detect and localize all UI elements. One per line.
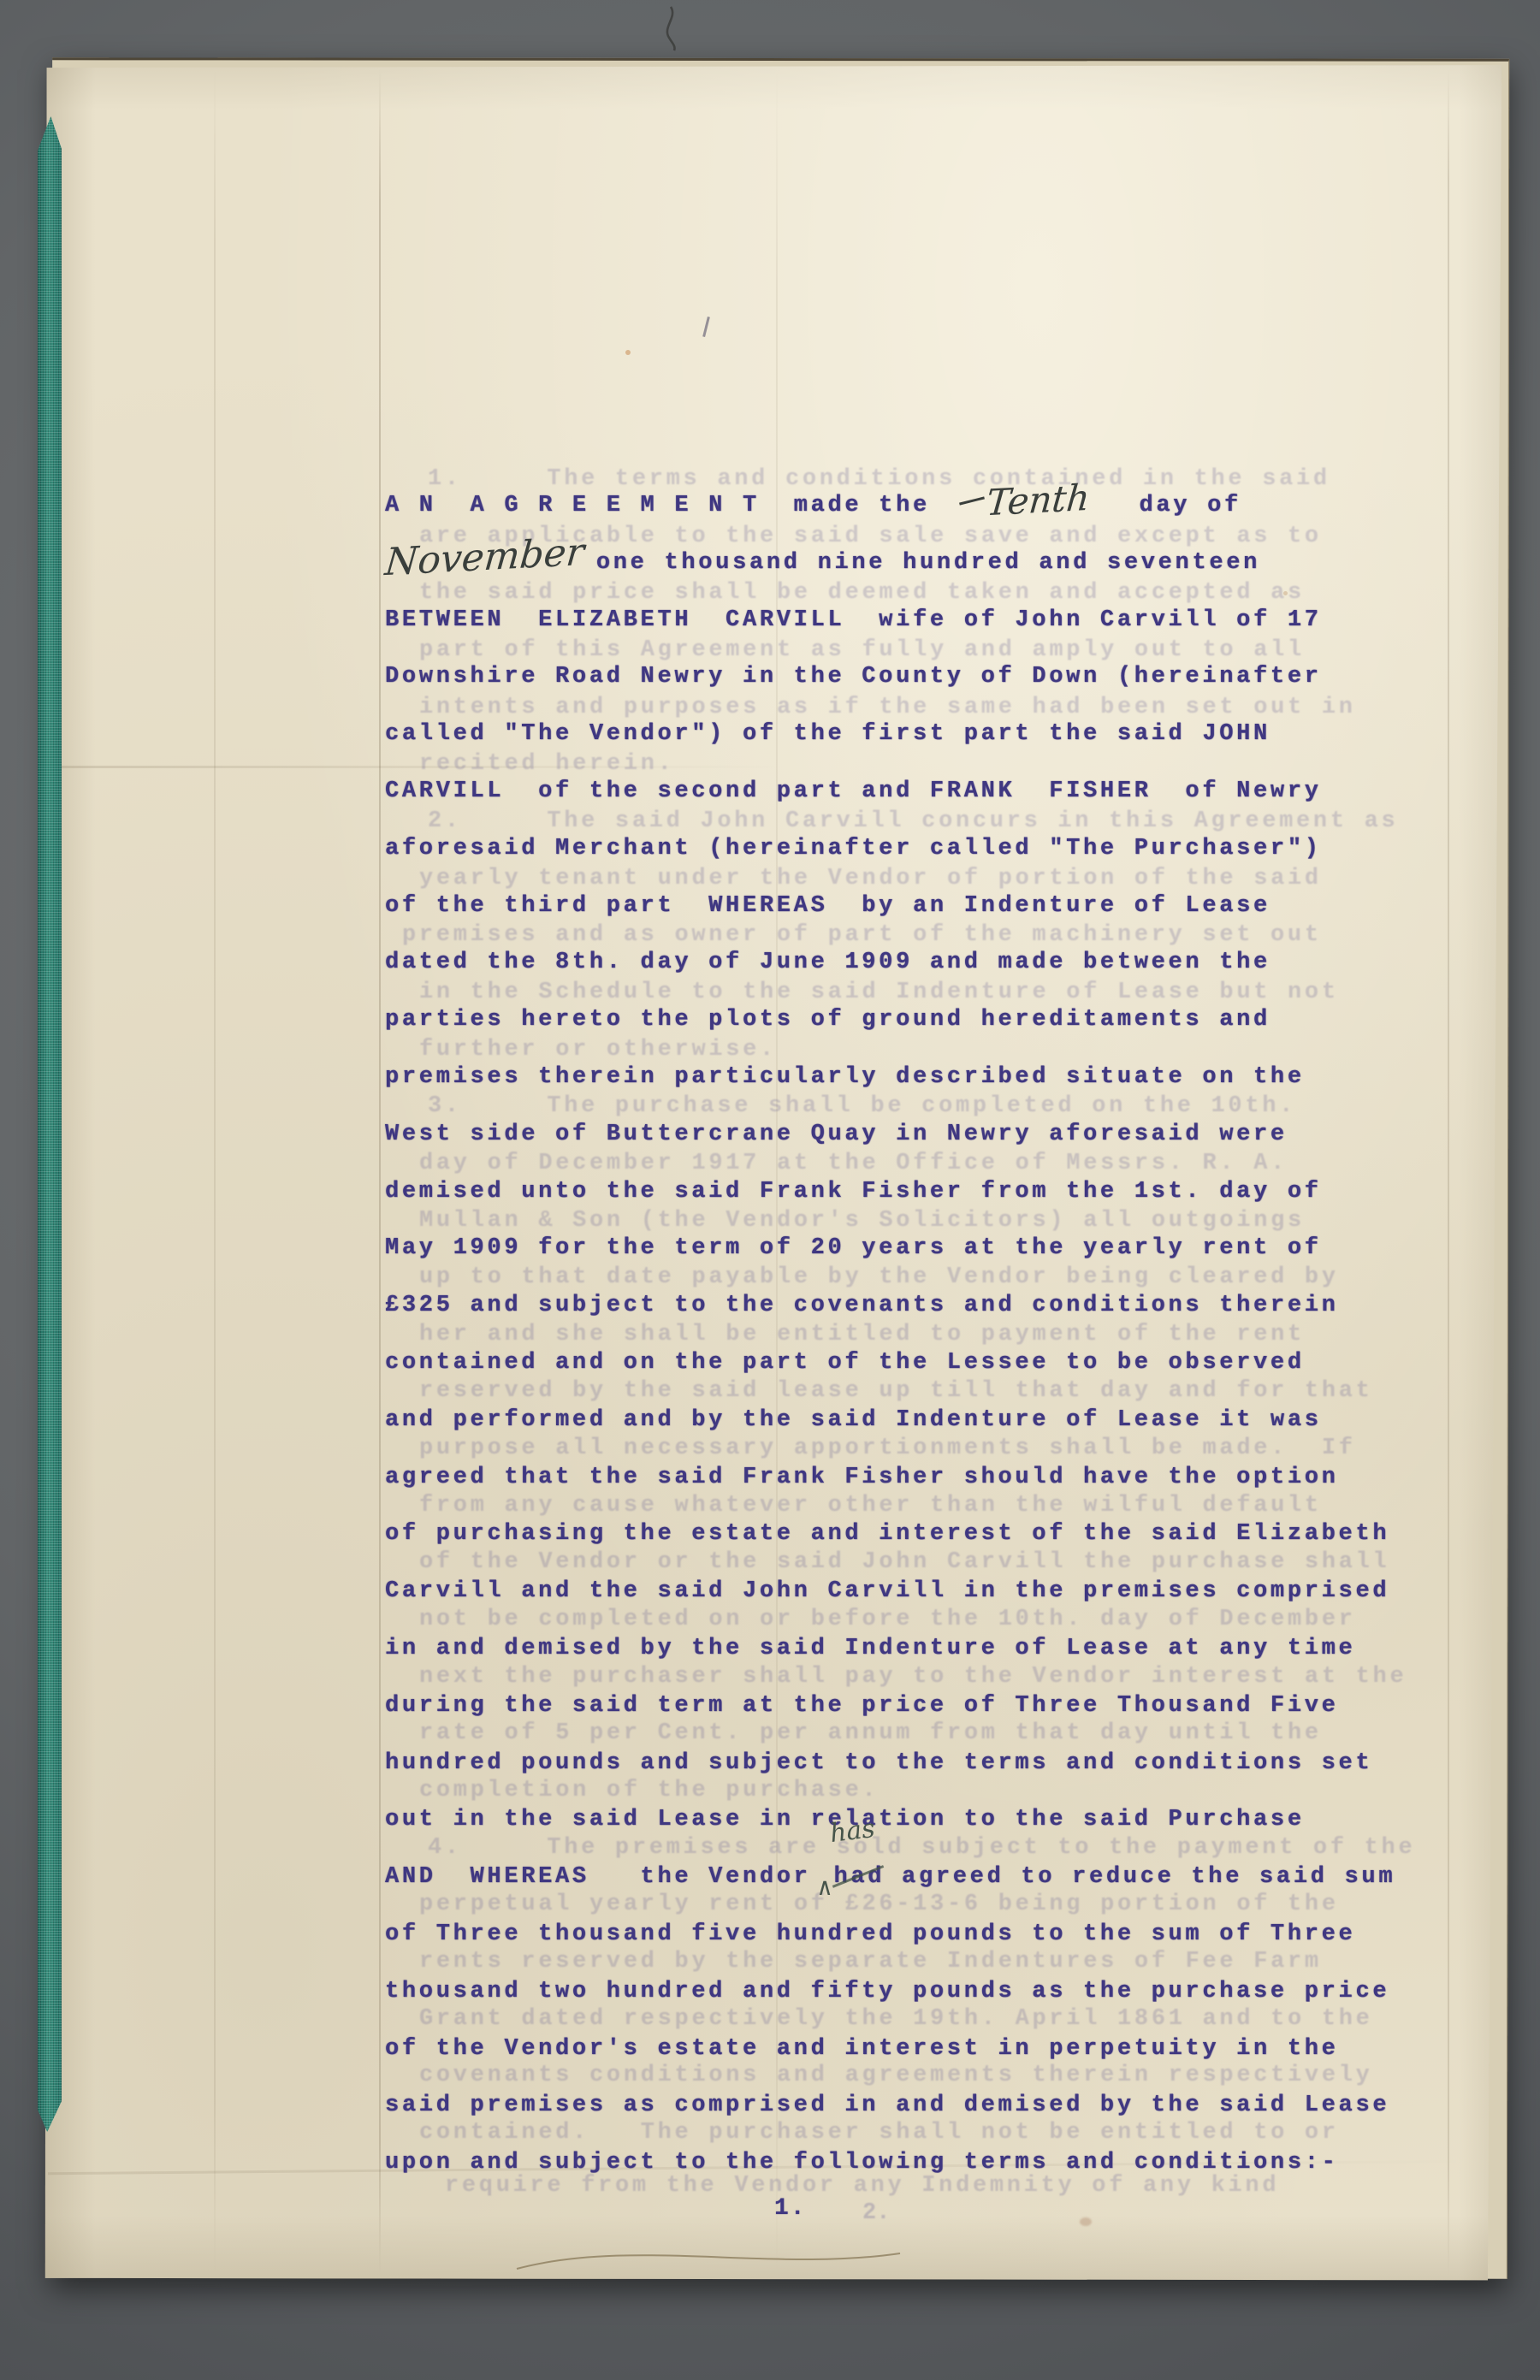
page-number: 1. xyxy=(774,2195,807,2222)
typed-line: agreed that the said Frank Fisher should… xyxy=(385,1449,1429,1507)
typed-line: of purchasing the estate and interest of… xyxy=(385,1506,1429,1563)
typed-line: contained and on the part of the Lessee … xyxy=(385,1335,1429,1392)
typed-line: hundred pounds and subject to the terms … xyxy=(385,1735,1429,1792)
typed-line: May 1909 for the term of 20 years at the… xyxy=(385,1220,1429,1277)
typed-line: aforesaid Merchant (hereinafter called "… xyxy=(385,820,1429,878)
handwritten-insertion: has xyxy=(829,1814,877,1849)
amendment-line: AND WHEREAS the Vendor∧hadhas agreed to … xyxy=(385,1849,1429,1906)
typed-line: of the third part WHEREAS by an Indentur… xyxy=(385,878,1429,935)
typed-line: during the said term at the price of Thr… xyxy=(385,1678,1429,1735)
typed-line: parties hereto the plots of ground hered… xyxy=(385,992,1429,1049)
binding-ribbon xyxy=(38,116,62,2132)
typed-text-block: A N A G R E E M E N T made theTenthday o… xyxy=(385,477,1429,2192)
typed-line: of the Vendor's estate and interest in p… xyxy=(385,2021,1429,2078)
typed-line: out in the said Lease in relation to the… xyxy=(385,1791,1429,1849)
handwritten-day: Tenth xyxy=(985,480,1091,522)
struck-word-text: had xyxy=(833,1864,885,1890)
amendment-pre-text: AND WHEREAS the Vendor xyxy=(385,1864,811,1890)
photo-background: { "document": { "title_line": { "pre": "… xyxy=(0,0,1540,2380)
handwritten-month: November xyxy=(383,534,585,582)
typed-line: dated the 8th. day of June 1909 and made… xyxy=(385,934,1429,992)
typed-line: CARVILL of the second part and FRANK FIS… xyxy=(385,763,1429,820)
pen-flourish xyxy=(959,496,985,505)
agreement-title-line: A N A G R E E M E N T made theTenthday o… xyxy=(385,477,1429,535)
bleedthrough-page-number: 2. xyxy=(862,2200,890,2226)
typed-line: Downshire Road Newry in the County of Do… xyxy=(385,648,1429,706)
typed-line: called "The Vendor") of the first part t… xyxy=(385,706,1429,763)
typed-line: West side of Buttercrane Quay in Newry a… xyxy=(385,1106,1429,1163)
insertion-caret-mark: ∧ xyxy=(818,1862,832,1919)
typed-line: £325 and subject to the covenants and co… xyxy=(385,1277,1429,1335)
date-line: Novemberone thousand nine hundred and se… xyxy=(385,535,1429,592)
typed-line: thousand two hundred and fifty pounds as… xyxy=(385,1963,1429,2021)
typed-line: said premises as comprised in and demise… xyxy=(385,2077,1429,2134)
typed-line: Carvill and the said John Carvill in the… xyxy=(385,1563,1429,1620)
typed-line: upon and subject to the following terms … xyxy=(385,2134,1429,2192)
typed-line: BETWEEN ELIZABETH CARVILL wife of John C… xyxy=(385,592,1429,649)
title-pre-text: A N A G R E E M E N T made the xyxy=(385,493,930,518)
typed-line: of Three thousand five hundred pounds to… xyxy=(385,1906,1429,1963)
amendment-post-text: agreed to reduce the said sum xyxy=(885,1864,1395,1890)
struck-word: hadhas xyxy=(833,1849,885,1906)
typed-line: demised unto the said Frank Fisher from … xyxy=(385,1163,1429,1221)
date-post-text: one thousand nine hundred and seventeen xyxy=(596,550,1260,576)
stray-ink-mark xyxy=(652,3,688,53)
title-post-text: day of xyxy=(1139,493,1241,518)
typed-line: premises therein particularly described … xyxy=(385,1049,1429,1106)
typed-line: and performed and by the said Indenture … xyxy=(385,1392,1429,1449)
typed-line: in and demised by the said Indenture of … xyxy=(385,1620,1429,1678)
